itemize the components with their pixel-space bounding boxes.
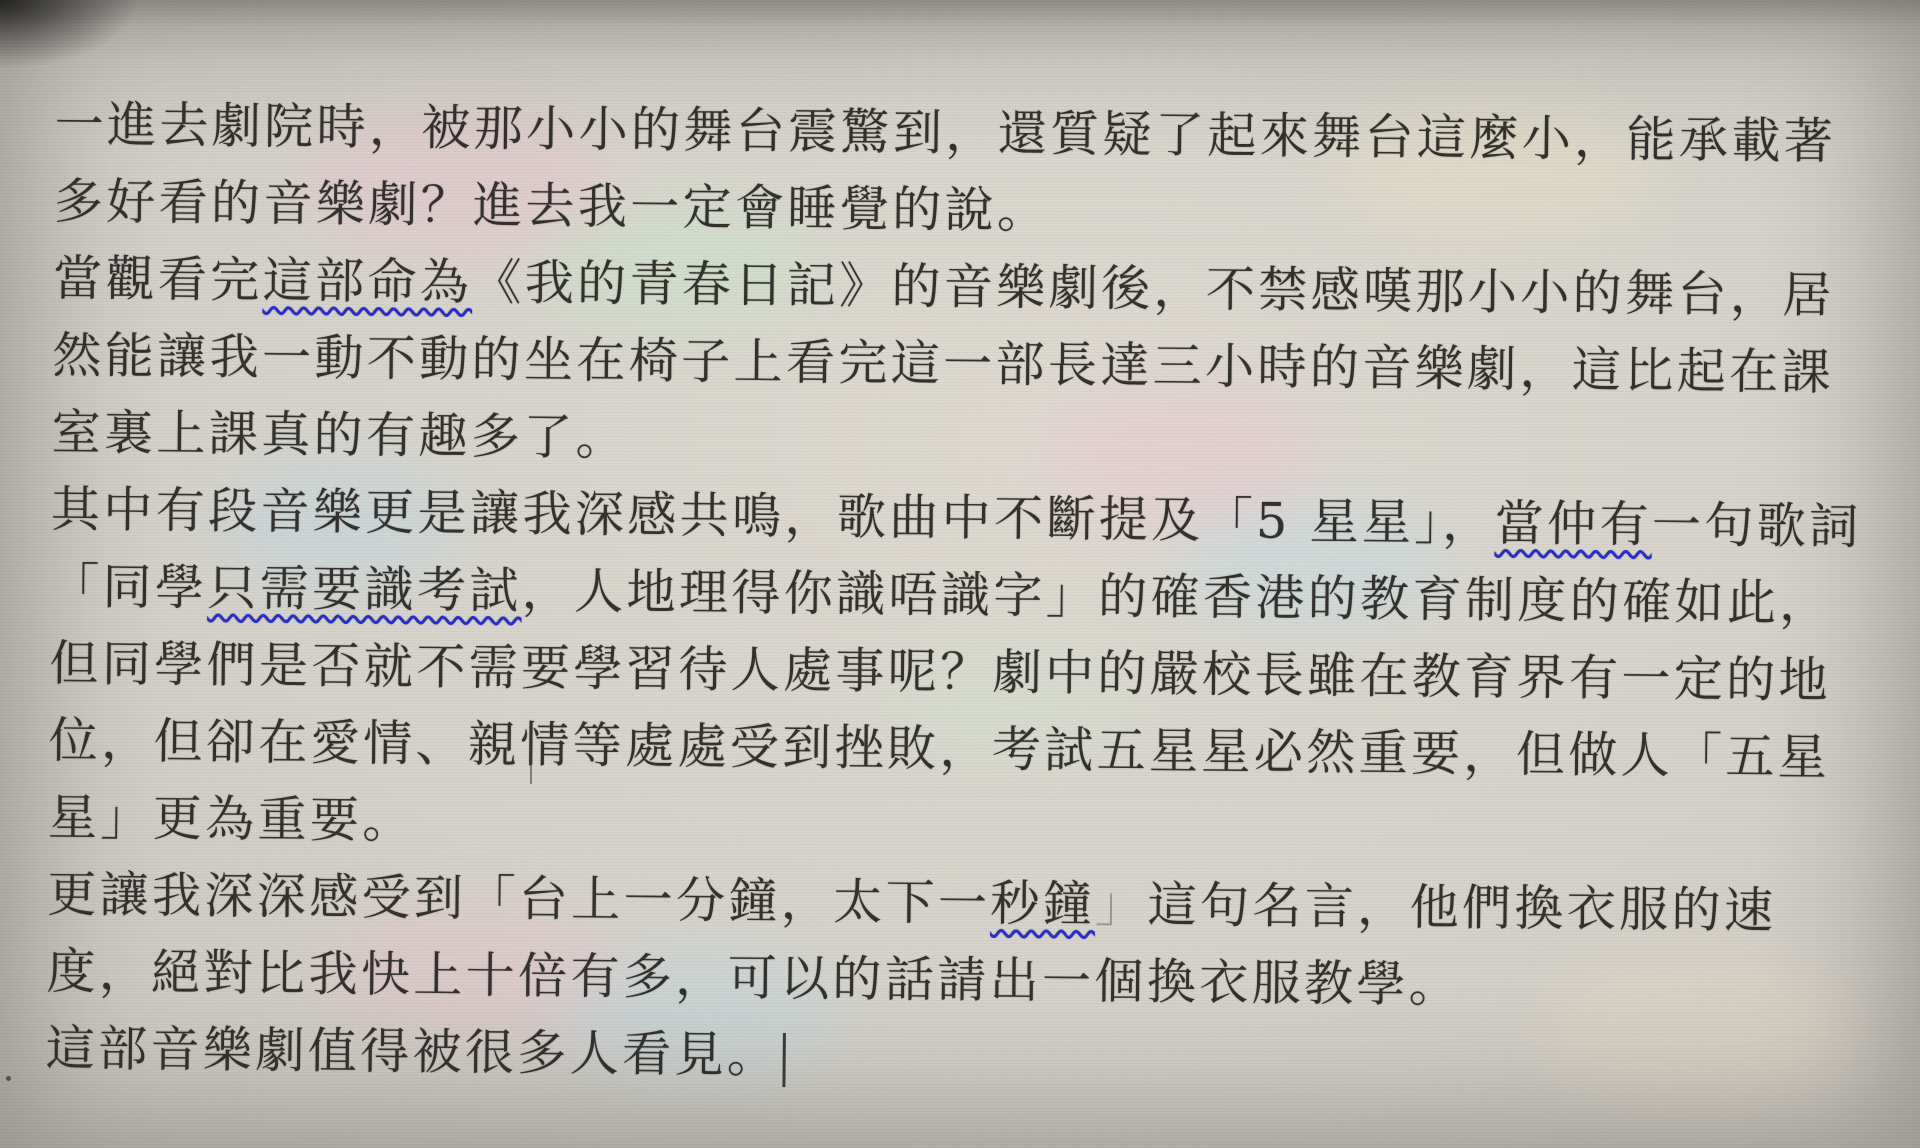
photo-corner-shadow: [0, 0, 140, 70]
text-segment: 「同學: [50, 558, 208, 617]
photo-speck: [6, 1076, 11, 1081]
text-segment: 多好看的音樂劇？進去我一定會睡覺的說。: [54, 173, 1050, 240]
text-segment: ，人地理得你識唔識字」的確香港的教育制度的確如此，: [522, 563, 1833, 633]
document-text-area[interactable]: 一進去劇院時，被那小小的舞台震驚到，還質疑了起來舞台這麼小，能承載著多好看的音樂…: [45, 86, 1895, 1105]
text-segment: 其中有段音樂更是讓我深感共鳴，歌曲中不斷提及「5 星星」，: [51, 481, 1495, 552]
text-segment: 度，絕對比我快上十倍有多，可以的話請出一個換衣服教學。: [46, 943, 1461, 1014]
text-segment: 《我的青春日記》的音樂劇後，不禁感嘆那小小的舞台，居: [472, 254, 1835, 324]
text-segment: 這部音樂劇值得被很多人看見。: [45, 1020, 779, 1084]
misspelled-text-segment: 秒鐘: [990, 875, 1095, 933]
misspelled-text-segment: 只需要識考試: [207, 559, 522, 619]
text-segment: 當觀看完: [53, 250, 263, 309]
text-caret: [782, 1033, 786, 1087]
photo-top-edge-shadow: [0, 0, 1920, 60]
text-segment: 然能讓我一動不動的坐在椅子上看完這一部長達三小時的音樂劇，這比起在課: [52, 327, 1834, 401]
text-segment: 一句歌詞: [1652, 496, 1862, 555]
text-segment: 一進去劇院時，被那小小的舞台震驚到，還質疑了起來舞台這麼小，能承載著: [54, 96, 1836, 170]
text-segment: 但同學們是否就不需要學習待人處事呢？劇中的嚴校長雖在教育界有一定的地: [49, 635, 1831, 709]
text-segment: 位，但卻在愛情、親情等處處受到挫敗，考試五星星必然重要，但做人「五星: [48, 712, 1830, 786]
misspelled-text-segment: 當仲有: [1494, 495, 1652, 554]
text-segment: 星」更為重要。: [48, 789, 415, 850]
text-segment: 更讓我深深感受到「台上一分鐘，太下一: [47, 866, 991, 932]
misspelled-text-segment: 這部命為: [262, 252, 472, 311]
text-segment: 」: [1095, 876, 1148, 934]
text-line[interactable]: 這部音樂劇值得被很多人看見。: [45, 1010, 1886, 1105]
text-segment: 室裏上課真的有趣多了。: [51, 404, 628, 467]
photographed-screen: 一進去劇院時，被那小小的舞台震驚到，還質疑了起來舞台這麼小，能承載著多好看的音樂…: [0, 0, 1920, 1148]
text-segment: 這句名言，他們換衣服的速: [1147, 877, 1776, 940]
